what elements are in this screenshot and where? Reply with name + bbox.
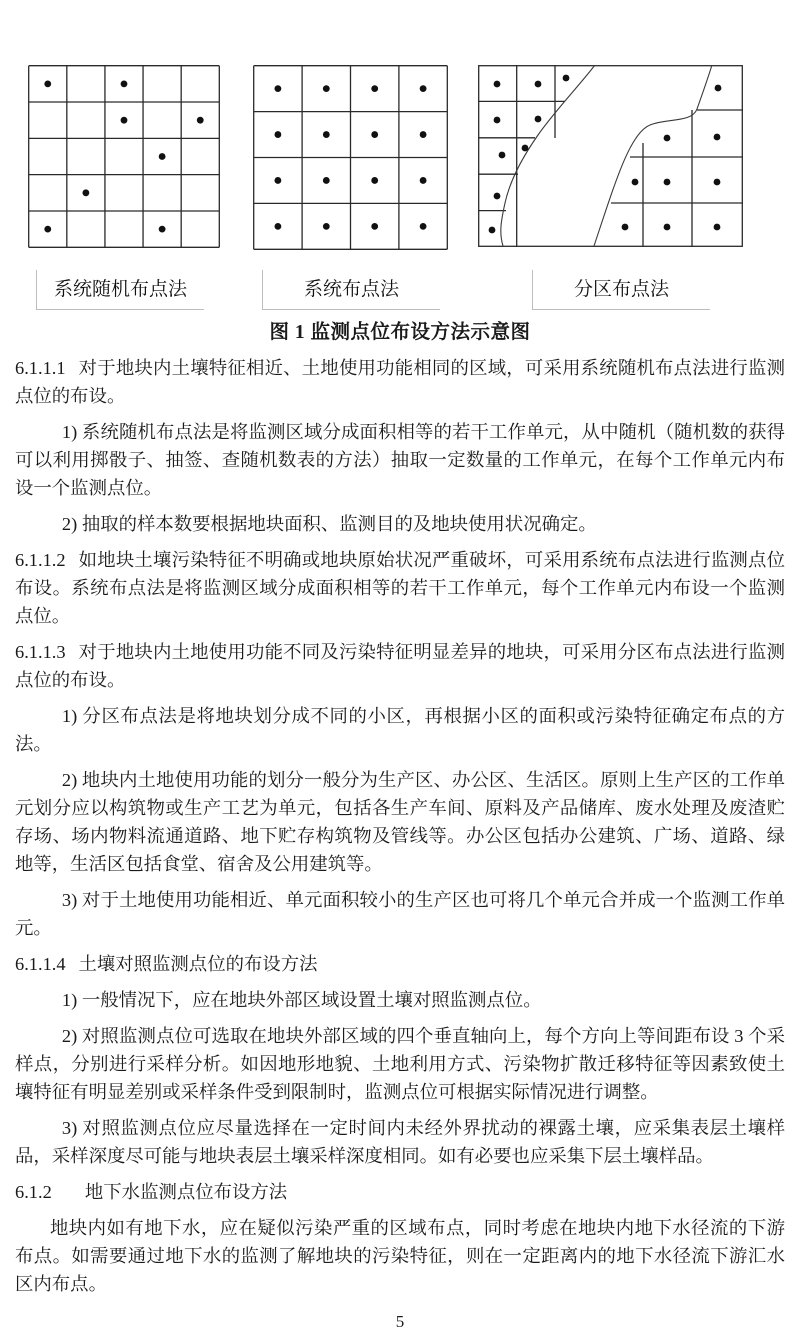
diagram-label-zoned: 分区布点法 (532, 270, 710, 310)
document-body: 6.1.1.1对于地块内土壤特征相近、土地使用功能相同的区域，可采用系统随机布点… (0, 348, 800, 1298)
diagram-label-systematic-random: 系统随机布点法 (36, 270, 204, 310)
section-text: 土壤对照监测点位的布设方法 (78, 954, 317, 974)
section-text: 地下水监测点位布设方法 (85, 1182, 287, 1202)
list-item: 2) 对照监测点位可选取在地块外部区域的四个垂直轴向上，每个方向上等间距布设 3… (15, 1022, 785, 1106)
page-number: 5 (0, 1310, 800, 1334)
section-number: 6.1.1.3 (15, 638, 66, 666)
document-page: { "colors": { "ink": "#1a1a1a", "grid_li… (0, 0, 800, 1342)
list-item: 1) 一般情况下，应在地块外部区域设置土壤对照监测点位。 (15, 986, 785, 1014)
section-6-1-1-3: 6.1.1.3对于地块内土地使用功能不同及污染特征明显差异的地块，可采用分区布点… (15, 638, 785, 694)
section-number: 6.1.1.1 (15, 354, 66, 382)
section-text: 对于地块内土壤特征相近、土地使用功能相同的区域，可采用系统随机布点法进行监测点位… (15, 358, 785, 406)
diagram-zoned-grid (478, 65, 743, 252)
diagram-systematic-grid (253, 65, 448, 255)
section-6-1-1-2: 6.1.1.2如地块土壤污染特征不明确或地块原始状况严重破坏，可采用系统布点法进… (15, 546, 785, 630)
figure-monitoring-layout: 系统随机布点法 系统布点法 分区布点法 (0, 0, 800, 318)
section-number: 6.1.2 (15, 1178, 52, 1206)
section-6-1-1-4: 6.1.1.4土壤对照监测点位的布设方法 (15, 950, 785, 978)
list-item: 3) 对照监测点位应尽量选择在一定时间内未经外界扰动的裸露土壤，应采集表层土壤样… (15, 1114, 785, 1170)
figure-caption: 图 1 监测点位布设方法示意图 (0, 318, 800, 348)
list-item: 3) 对于土地使用功能相近、单元面积较小的生产区也可将几个单元合并成一个监测工作… (15, 886, 785, 942)
list-item: 2) 地块内土地使用功能的划分一般分为生产区、办公区、生活区。原则上生产区的工作… (15, 766, 785, 878)
section-text: 对于地块内土地使用功能不同及污染特征明显差异的地块，可采用分区布点法进行监测点位… (15, 642, 785, 690)
section-6-1-2: 6.1.2地下水监测点位布设方法 (15, 1178, 785, 1206)
paragraph: 地块内如有地下水，应在疑似污染严重的区域布点，同时考虑在地块内地下水径流的下游布… (15, 1214, 785, 1298)
section-text: 如地块土壤污染特征不明确或地块原始状况严重破坏，可采用系统布点法进行监测点位布设… (15, 550, 785, 626)
diagram-label-systematic: 系统布点法 (262, 270, 440, 310)
section-6-1-1-1: 6.1.1.1对于地块内土壤特征相近、土地使用功能相同的区域，可采用系统随机布点… (15, 354, 785, 410)
list-item: 1) 分区布点法是将地块划分成不同的小区，再根据小区的面积或污染特征确定布点的方… (15, 702, 785, 758)
list-item: 2) 抽取的样本数要根据地块面积、监测目的及地块使用状况确定。 (15, 510, 785, 538)
section-number: 6.1.1.4 (15, 950, 66, 978)
list-item: 1) 系统随机布点法是将监测区域分成面积相等的若干工作单元，从中随机（随机数的获… (15, 418, 785, 502)
section-number: 6.1.1.2 (15, 546, 66, 574)
diagram-systematic-random-grid (28, 65, 220, 253)
